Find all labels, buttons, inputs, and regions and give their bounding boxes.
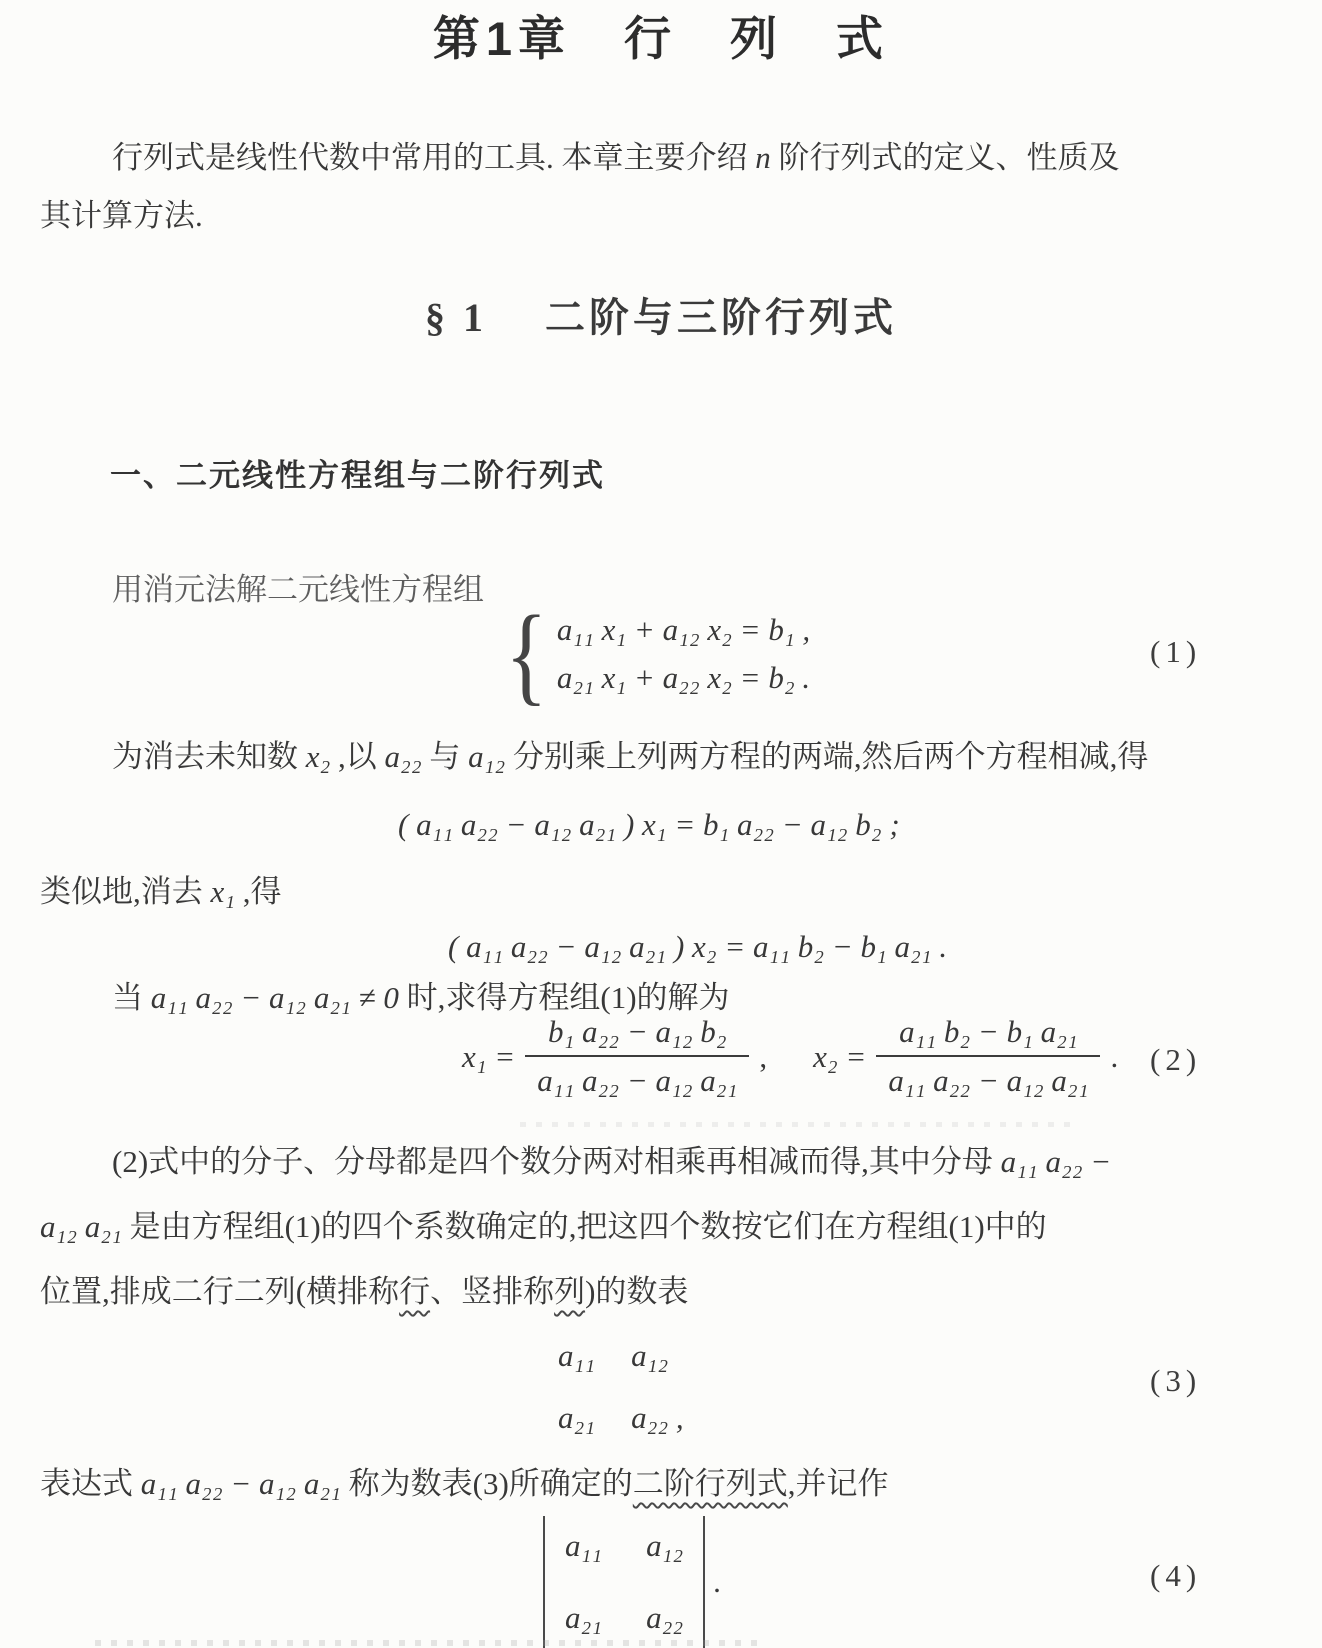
text-seg: 为消去未知数 (112, 739, 306, 774)
x1-lead: x₁ = (462, 1039, 515, 1075)
term-row-emphasis: 行 (399, 1274, 430, 1309)
paragraph-eliminate-x2: 为消去未知数 x₂ ,以 a₂₂ 与 a₁₂ 分别乘上列两方程的两端,然后两个方… (112, 735, 1148, 779)
fraction-x2-numerator: a₁₁ b₂ − b₁ a₂₁ (887, 1014, 1090, 1055)
math-a12: a₁₂ (468, 739, 505, 774)
fraction-x1-numerator: b₁ a₂₂ − a₁₂ b₂ (536, 1014, 739, 1055)
number-table-3: a₁₁ a₁₂ a₂₁ a₂₂ , (558, 1338, 684, 1436)
text-seg: 当 (112, 980, 151, 1015)
math-a12a21: a₁₂ a₂₁ (40, 1209, 122, 1244)
intro-text-a: 行列式是线性代数中常用的工具. 本章主要介绍 (112, 140, 755, 175)
scan-artifact-bottom (95, 1640, 765, 1646)
table-cell-a12: a₁₂ (631, 1338, 684, 1374)
math-denominator-nonzero: a₁₁ a₂₂ − a₁₂ a₂₁ ≠ 0 (151, 980, 399, 1015)
equation-x2-solution: ( a₁₁ a₂₂ − a₁₂ a₂₁ ) x₂ = a₁₁ b₂ − b₁ a… (448, 925, 947, 969)
paragraph-table-line-1: (2)式中的分子、分母都是四个数分两对相乘再相减而得,其中分母 a₁₁ a₂₂ … (112, 1140, 1111, 1184)
equation-label-2: (2) (1150, 1042, 1201, 1078)
determinant-grid: a₁₁ a₁₂ a₂₁ a₂₂ (543, 1516, 705, 1648)
text-seg: )的数表 (585, 1274, 688, 1309)
det-cell-a22: a₂₂ (646, 1600, 683, 1636)
det-cell-a12: a₁₂ (646, 1528, 683, 1564)
curly-brace: { (505, 604, 547, 704)
math-n: n (755, 140, 771, 175)
table-cell-a21: a₂₁ (558, 1400, 595, 1436)
text-seg: 位置,排成二行二列(横排称 (40, 1274, 399, 1309)
paragraph-table-line-3: 位置,排成二行二列(横排称行、竖排称列)的数表 (40, 1270, 688, 1314)
scanned-textbook-page: 第1章 行 列 式 行列式是线性代数中常用的工具. 本章主要介绍 n 阶行列式的… (0, 0, 1322, 1648)
text-seg: ,得 (235, 874, 282, 909)
text-seg: 是由方程组(1)的四个系数确定的,把这四个数按它们在方程组(1)中的 (122, 1209, 1047, 1244)
paragraph-similarly: 类似地,消去 x₁ ,得 (40, 870, 282, 914)
text-seg: 称为数表(3)所确定的 (341, 1466, 633, 1501)
equation-label-4: (4) (1150, 1558, 1201, 1594)
equation-label-1: (1) (1150, 634, 1201, 670)
system-lines: a₁₁ x₁ + a₁₂ x₂ = b₁ , a₂₁ x₁ + a₂₂ x₂ =… (557, 612, 810, 696)
math-a22: a₂₂ (385, 739, 422, 774)
equation-1-line-2: a₂₁ x₁ + a₂₂ x₂ = b₂ . (557, 660, 810, 696)
term-column-emphasis: 列 (554, 1274, 585, 1309)
text-seg: 时,求得方程组(1)的解为 (399, 980, 730, 1015)
fraction-x2-denominator: a₁₁ a₂₂ − a₁₂ a₂₁ (876, 1055, 1100, 1099)
text-seg: (2)式中的分子、分母都是四个数分两对相乘再相减而得,其中分母 (112, 1144, 1001, 1179)
subsection-heading: 一、二元线性方程组与二阶行列式 (110, 450, 605, 495)
fraction-x1-denominator: a₁₁ a₂₂ − a₁₂ a₂₁ (525, 1055, 749, 1099)
fraction-x1: b₁ a₂₂ − a₁₂ b₂ a₁₁ a₂₂ − a₁₂ a₂₁ (525, 1014, 749, 1099)
chapter-title: 第1章 行 列 式 (0, 2, 1322, 69)
text-seg: 分别乘上列两方程的两端,然后两个方程相减,得 (505, 739, 1148, 774)
table-cell-a22: a₂₂ , (631, 1400, 684, 1436)
det-cell-a21: a₂₁ (565, 1600, 602, 1636)
det-cell-a11: a₁₁ (565, 1528, 602, 1564)
section-heading: § 1 二阶与三阶行列式 (0, 286, 1322, 343)
text-seg: 、竖排称 (430, 1274, 554, 1309)
paragraph-table-line-2: a₁₂ a₂₁ 是由方程组(1)的四个系数确定的,把这四个数按它们在方程组(1)… (40, 1205, 1047, 1249)
table-cell-a11: a₁₁ (558, 1338, 595, 1374)
comma: , (759, 1039, 767, 1075)
paragraph-determinant-definition: 表达式 a₁₁ a₂₂ − a₁₂ a₂₁ 称为数表(3)所确定的二阶行列式,并… (40, 1462, 889, 1506)
text-seg: 与 (422, 739, 469, 774)
equation-label-3: (3) (1150, 1363, 1201, 1399)
period: . (1110, 1039, 1118, 1075)
x2-lead: x₂ = (813, 1039, 866, 1075)
equation-1-line-1: a₁₁ x₁ + a₁₂ x₂ = b₁ , (557, 612, 810, 648)
equation-1-system: { a₁₁ x₁ + a₁₂ x₂ = b₁ , a₂₁ x₁ + a₂₂ x₂… (500, 604, 810, 704)
equation-2-fractions: x₁ = b₁ a₂₂ − a₁₂ b₂ a₁₁ a₂₂ − a₁₂ a₂₁ ,… (462, 1014, 1118, 1099)
lead-sentence: 用消元法解二元线性方程组 (112, 568, 484, 612)
intro-line-1: 行列式是线性代数中常用的工具. 本章主要介绍 n 阶行列式的定义、性质及 (112, 136, 1120, 180)
determinant-period: . (713, 1564, 721, 1600)
text-seg: ,以 (330, 739, 384, 774)
text-seg: 类似地,消去 (40, 874, 211, 909)
math-x1: x₁ (211, 874, 236, 909)
math-a11a22: a₁₁ a₂₂ − (1001, 1144, 1112, 1179)
determinant-4: a₁₁ a₁₂ a₂₁ a₂₂ . (543, 1516, 721, 1648)
math-x2: x₂ (306, 739, 331, 774)
scan-artifact-top (520, 1122, 1080, 1127)
term-second-order-determinant: 二阶行列式 (633, 1466, 788, 1501)
text-seg: 表达式 (40, 1466, 141, 1501)
equation-x1-solution: ( a₁₁ a₂₂ − a₁₂ a₂₁ ) x₁ = b₁ a₂₂ − a₁₂ … (398, 803, 900, 847)
intro-text-b: 阶行列式的定义、性质及 (771, 140, 1120, 175)
intro-line-2: 其计算方法. (40, 194, 203, 238)
fraction-x2: a₁₁ b₂ − b₁ a₂₁ a₁₁ a₂₂ − a₁₂ a₂₁ (876, 1014, 1100, 1099)
math-expression: a₁₁ a₂₂ − a₁₂ a₂₁ (141, 1466, 341, 1501)
text-seg: ,并记作 (788, 1466, 889, 1501)
